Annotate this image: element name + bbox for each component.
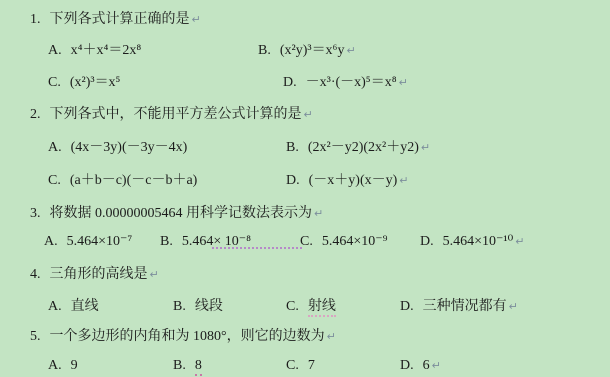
option-text: (2x²－y2)(2x²＋y2) (308, 140, 419, 155)
q4-option-b: B.线段 (173, 298, 223, 316)
question-text: 一个多边形的内角和为 1080°，则它的边数为 (50, 329, 325, 344)
question-text: 将数据 0.00000005464 用科学记数法表示为 (50, 206, 313, 221)
paragraph-mark-icon: ↵ (421, 141, 430, 154)
paragraph-mark-icon: ↵ (314, 207, 323, 220)
q1-option-a: A.x⁴＋x⁴＝2x⁸ (48, 42, 141, 60)
option-text: 线段 (195, 299, 223, 314)
q5-option-d: D.6↵ (400, 357, 441, 375)
paragraph-mark-icon: ↵ (399, 76, 408, 89)
spellcheck-underline (212, 246, 302, 249)
q2-option-a: A.(4x－3y)(－3y－4x) (48, 139, 187, 157)
option-label: C. (48, 75, 61, 90)
q5-option-b: B.8 (173, 357, 202, 375)
q4-option-d: D.三种情况都有↵ (400, 298, 518, 316)
option-label: D. (400, 358, 414, 373)
paragraph-mark-icon: ↵ (304, 108, 313, 121)
option-text: 三种情况都有 (423, 299, 507, 314)
question-5-stem: 5.一个多边形的内角和为 1080°，则它的边数为↵ (30, 328, 336, 346)
paragraph-mark-icon: ↵ (327, 330, 336, 343)
option-text: 9 (71, 358, 78, 373)
q1-option-c: C.(x²)³＝x⁵ (48, 74, 120, 92)
question-number: 2. (30, 107, 41, 122)
option-label: D. (400, 299, 414, 314)
question-text: 下列各式中，不能用平方差公式计算的是 (50, 107, 302, 122)
q5-option-a: A.9 (48, 357, 78, 375)
option-text: 5.464×10⁻⁷ (67, 234, 133, 249)
question-number: 5. (30, 329, 41, 344)
question-number: 1. (30, 12, 41, 27)
paragraph-mark-icon: ↵ (192, 13, 201, 26)
q1-option-d: D.－x³·(－x)⁵＝x⁸↵ (283, 74, 408, 92)
option-label: B. (286, 140, 299, 155)
paragraph-mark-icon: ↵ (399, 174, 408, 187)
option-text: 7 (308, 358, 315, 373)
q2-option-c: C.(a＋b－c)(－c－b＋a) (48, 172, 197, 190)
option-label: A. (48, 43, 62, 58)
paragraph-mark-icon: ↵ (432, 359, 441, 372)
option-text: (a＋b－c)(－c－b＋a) (70, 173, 198, 188)
option-label: D. (283, 75, 297, 90)
q3-option-a: A.5.464×10⁻⁷ (44, 233, 132, 251)
option-text: (x²)³＝x⁵ (70, 75, 121, 90)
option-label: D. (286, 173, 300, 188)
q5-option-c: C.7 (286, 357, 315, 375)
option-label: C. (48, 173, 61, 188)
question-2-stem: 2.下列各式中，不能用平方差公式计算的是↵ (30, 106, 313, 124)
option-text: 6 (423, 358, 430, 373)
option-text: (x²y)³＝x⁶y (280, 43, 345, 58)
option-text: (4x－3y)(－3y－4x) (71, 140, 188, 155)
option-label: D. (420, 234, 434, 249)
question-4-stem: 4.三角形的高线是↵ (30, 266, 159, 284)
q2-option-b: B.(2x²－y2)(2x²＋y2)↵ (286, 139, 430, 157)
question-3-stem: 3.将数据 0.00000005464 用科学记数法表示为↵ (30, 205, 323, 223)
option-label: C. (286, 299, 299, 314)
option-text: 5.464×10⁻¹⁰ (443, 234, 514, 249)
q1-option-b: B.(x²y)³＝x⁶y↵ (258, 42, 356, 60)
option-label: B. (258, 43, 271, 58)
document-page: 1.下列各式计算正确的是↵ A.x⁴＋x⁴＝2x⁸ B.(x²y)³＝x⁶y↵ … (0, 0, 610, 377)
q3-option-c: C.5.464×10⁻⁹ (300, 233, 388, 251)
question-text: 三角形的高线是 (50, 267, 148, 282)
option-label: A. (48, 358, 62, 373)
option-text: (－x＋y)(x－y) (309, 173, 398, 188)
question-number: 4. (30, 267, 41, 282)
paragraph-mark-icon: ↵ (150, 268, 159, 281)
option-text: 8 (195, 358, 202, 376)
option-text: 5.464×10⁻⁹ (322, 234, 388, 249)
q4-option-a: A.直线 (48, 298, 99, 316)
q4-option-c: C.射线 (286, 298, 336, 316)
paragraph-mark-icon: ↵ (515, 235, 524, 248)
question-1-stem: 1.下列各式计算正确的是↵ (30, 11, 201, 29)
option-label: A. (48, 299, 62, 314)
option-text: 直线 (71, 299, 99, 314)
option-label: C. (286, 358, 299, 373)
question-number: 3. (30, 206, 41, 221)
option-label: A. (48, 140, 62, 155)
q2-option-d: D.(－x＋y)(x－y)↵ (286, 172, 409, 190)
option-label: B. (160, 234, 173, 249)
option-label: A. (44, 234, 58, 249)
option-label: B. (173, 299, 186, 314)
paragraph-mark-icon: ↵ (509, 300, 518, 313)
option-text: 射线 (308, 299, 336, 317)
paragraph-mark-icon: ↵ (346, 44, 355, 57)
option-label: B. (173, 358, 186, 373)
option-text: －x³·(－x)⁵＝x⁸ (306, 75, 397, 90)
option-label: C. (300, 234, 313, 249)
q3-option-d: D.5.464×10⁻¹⁰↵ (420, 233, 524, 251)
option-text: x⁴＋x⁴＝2x⁸ (71, 43, 142, 58)
question-text: 下列各式计算正确的是 (50, 12, 190, 27)
